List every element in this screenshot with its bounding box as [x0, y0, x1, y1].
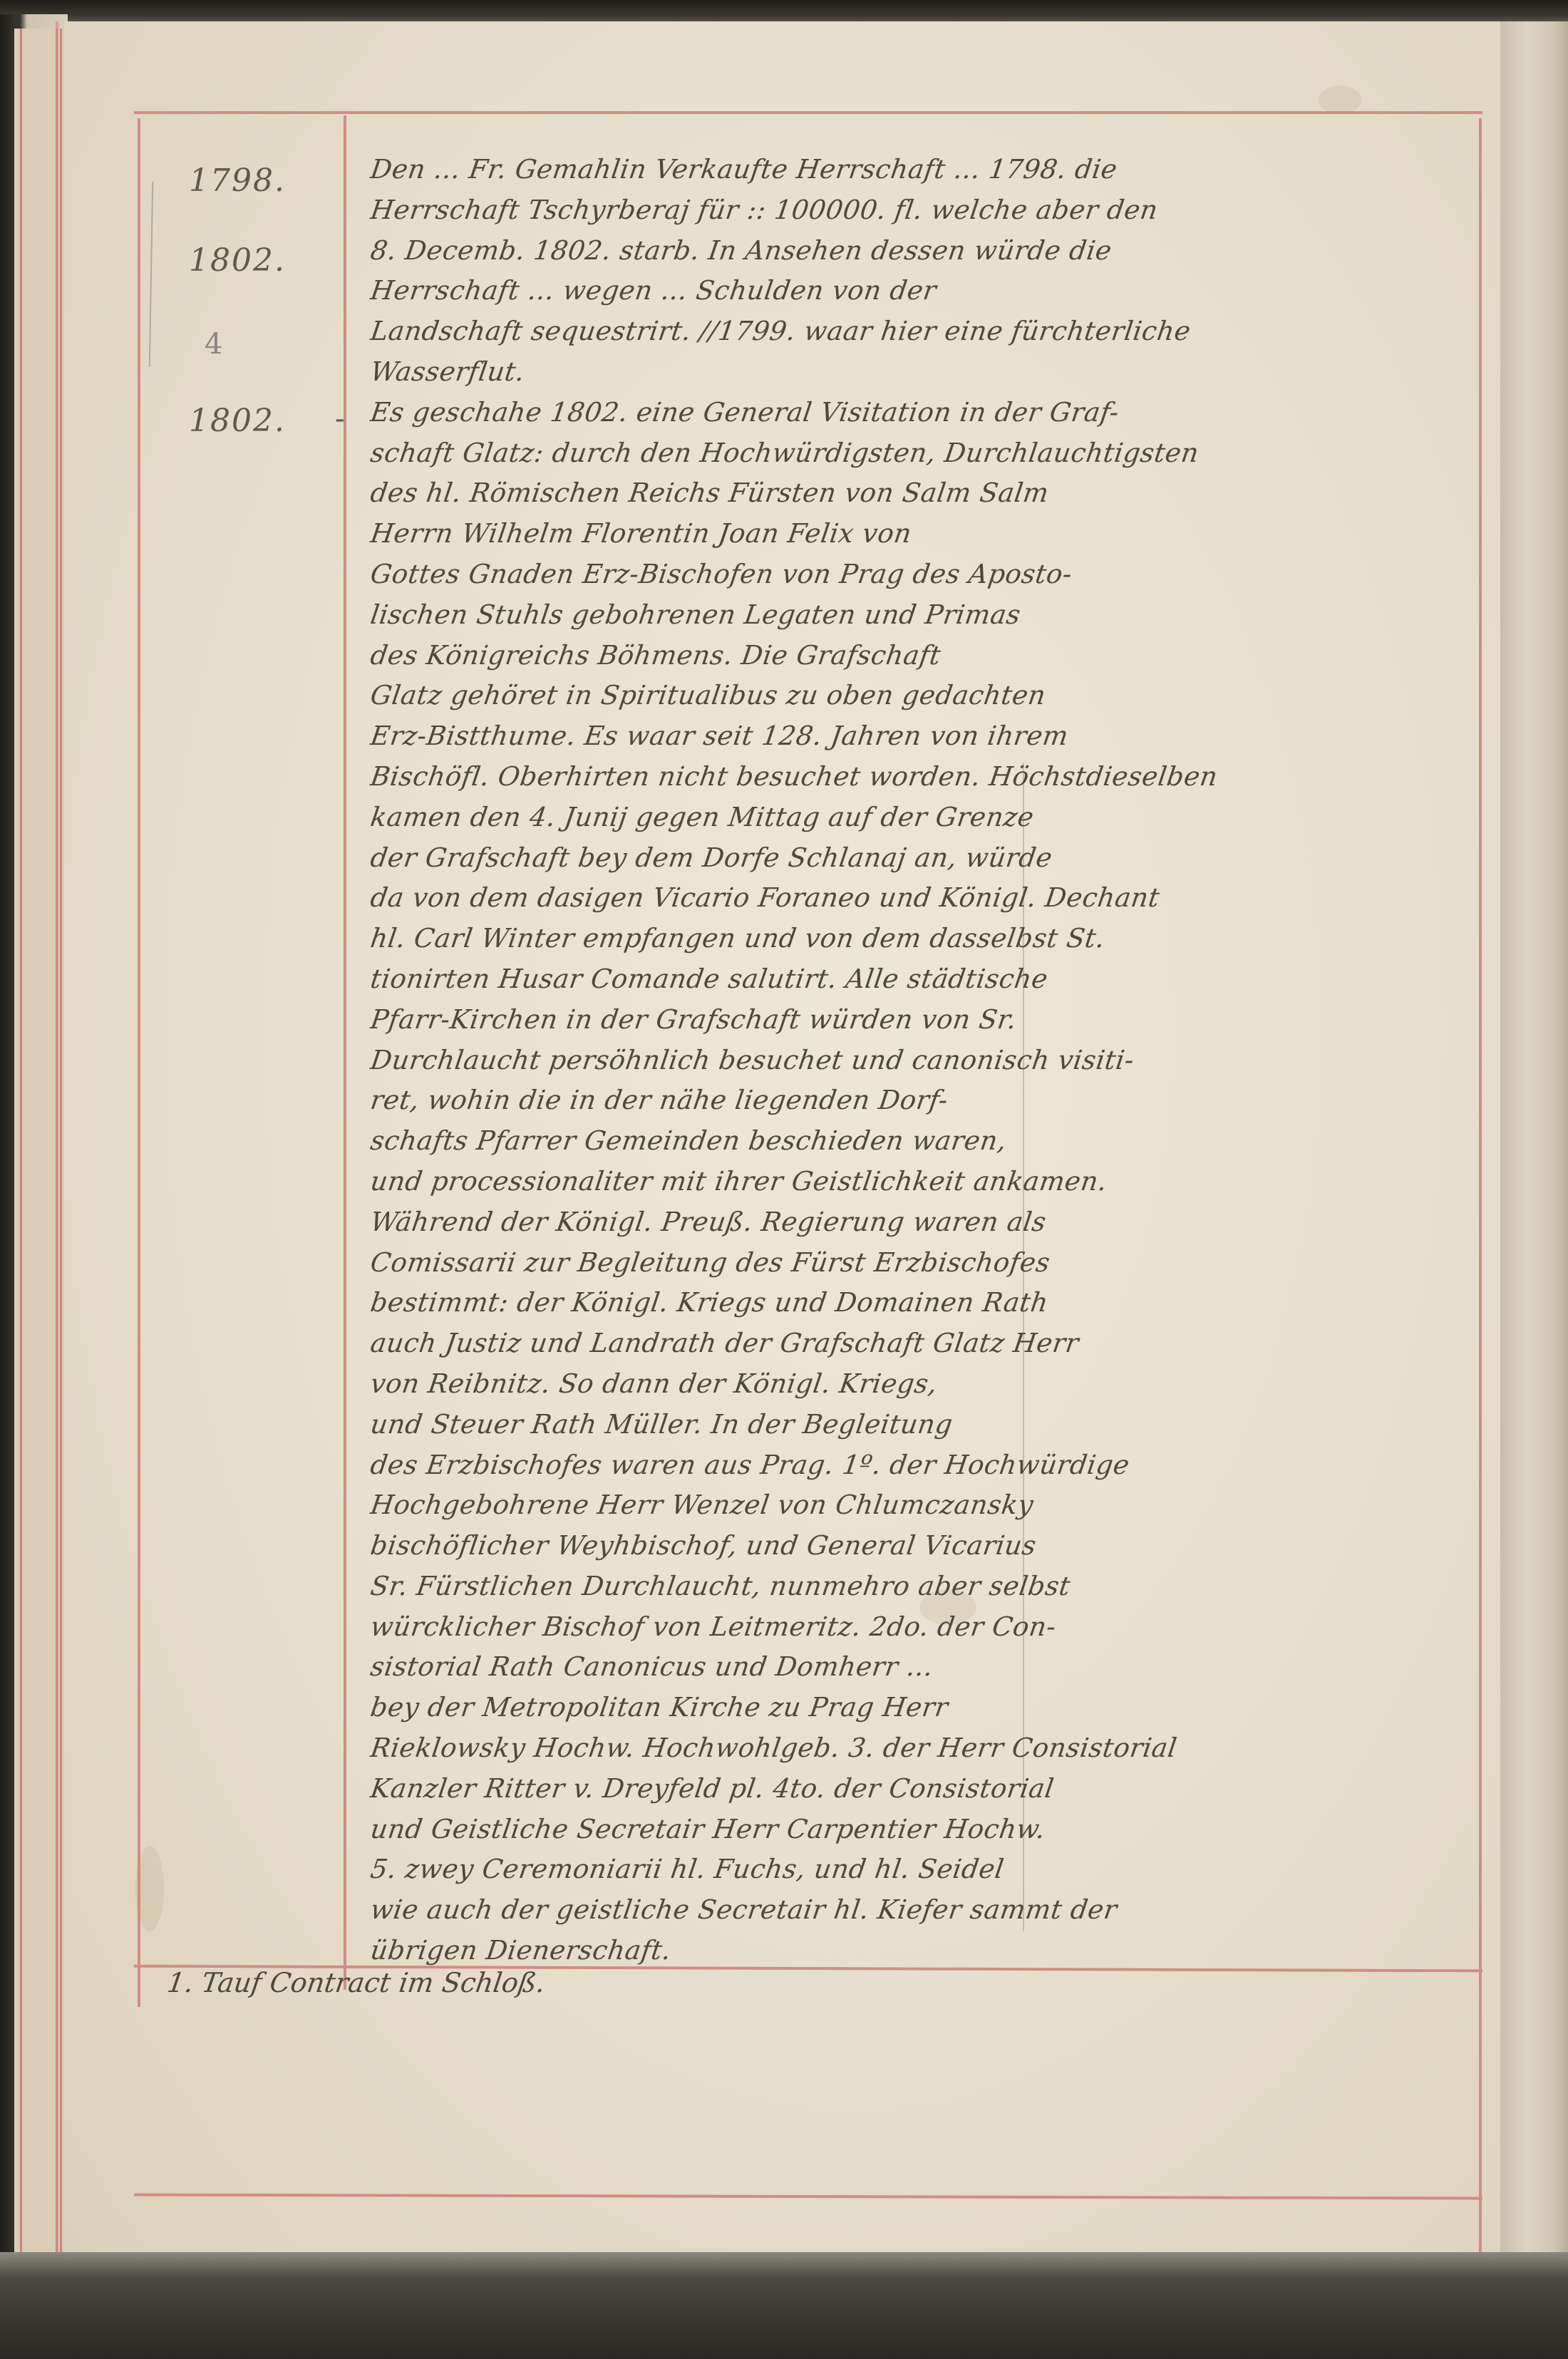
text-line: der Grafschaft bey dem Dorfe Schlanaj an…	[368, 838, 1475, 879]
frame-top-rule	[134, 111, 1482, 114]
text-line: Comissarii zur Begleitung des Fürst Erzb…	[368, 1243, 1475, 1284]
stack-rule	[60, 29, 62, 2266]
paper-stain	[1319, 86, 1361, 114]
text-line: Herrschaft ... wegen ... Schulden von de…	[368, 271, 1475, 311]
text-line: Landschaft sequestrirt. //1799. waar hie…	[368, 311, 1475, 352]
text-line: Bischöfl. Oberhirten nicht besuchet word…	[368, 757, 1475, 797]
text-line: schafts Pfarrer Gemeinden beschieden war…	[368, 1121, 1475, 1162]
pencil-mark: 4	[205, 328, 224, 361]
bottom-section-note: 1. Tauf Contract im Schloß.	[165, 1967, 547, 1998]
text-line: übrigen Dienerschaft.	[368, 1931, 1475, 1971]
text-line: und Geistliche Secretair Herr Carpentier…	[368, 1810, 1475, 1850]
text-line: Während der Königl. Preuß. Regierung war…	[368, 1202, 1475, 1243]
margin-date: 1802.	[189, 242, 286, 279]
text-line: lischen Stuhls gebohrenen Legaten und Pr…	[368, 595, 1475, 636]
text-line: Pfarr-Kirchen in der Grafschaft würden v…	[368, 1000, 1475, 1041]
text-line: Herrn Wilhelm Florentin Joan Felix von	[368, 514, 1475, 554]
margin-dash: -	[335, 403, 345, 435]
text-line: Durchlaucht persöhnlich besuchet und can…	[368, 1041, 1475, 1081]
page-edge-right	[1500, 21, 1568, 2266]
text-line: bey der Metropolitan Kirche zu Prag Herr	[368, 1688, 1475, 1728]
text-line: kamen den 4. Junij gegen Mittag auf der …	[368, 797, 1475, 838]
text-line: Herrschaft Tschyrberaj für :: 100000. fl…	[368, 190, 1475, 231]
text-line: bischöflicher Weyhbischof, und General V…	[368, 1526, 1475, 1566]
text-line: Sr. Fürstlichen Durchlaucht, nunmehro ab…	[368, 1566, 1475, 1607]
text-line: Glatz gehöret in Spiritualibus zu oben g…	[368, 676, 1475, 716]
text-line: Den ... Fr. Gemahlin Verkaufte Herrschaf…	[368, 150, 1475, 190]
text-line: und processionaliter mit ihrer Geistlich…	[368, 1162, 1475, 1202]
text-line: hl. Carl Winter empfangen und von dem da…	[368, 919, 1475, 959]
text-line: wie auch der geistliche Secretair hl. Ki…	[368, 1890, 1475, 1931]
text-line: 5. zwey Ceremoniarii hl. Fuchs, und hl. …	[368, 1849, 1475, 1890]
frame-bottom-rule	[134, 2194, 1482, 2200]
margin-date: 1798.	[189, 162, 286, 199]
book-binding-bottom	[0, 2252, 1568, 2359]
text-line: auch Justiz und Landrath der Grafschaft …	[368, 1323, 1475, 1364]
text-line: Kanzler Ritter v. Dreyfeld pl. 4to. der …	[368, 1769, 1475, 1810]
date-column-divider	[344, 115, 346, 1990]
page-stack-left	[14, 29, 68, 2266]
gutter-rule	[56, 21, 58, 2266]
text-line: Wasserflut.	[368, 352, 1475, 393]
text-line: des Königreichs Böhmens. Die Grafschaft	[368, 636, 1475, 676]
frame-right-rule	[1479, 118, 1482, 2263]
pencil-bracket	[149, 182, 154, 367]
text-line: Gottes Gnaden Erz-Bischofen von Prag des…	[368, 554, 1475, 595]
text-line: Es geschahe 1802. eine General Visitatio…	[368, 393, 1475, 433]
text-line: tionirten Husar Comande salutirt. Alle s…	[368, 959, 1475, 1000]
text-line: des hl. Römischen Reichs Fürsten von Sal…	[368, 473, 1475, 514]
text-line: Rieklowsky Hochw. Hochwohlgeb. 3. der He…	[368, 1728, 1475, 1769]
text-line: da von dem dasigen Vicario Foraneo und K…	[368, 878, 1475, 919]
text-line: bestimmt: der Königl. Kriegs und Domaine…	[368, 1283, 1475, 1323]
text-line: und Steuer Rath Müller. In der Begleitun…	[368, 1405, 1475, 1445]
text-line: Erz-Bistthume. Es waar seit 128. Jahren …	[368, 716, 1475, 757]
text-line: von Reibnitz. So dann der Königl. Kriegs…	[368, 1364, 1475, 1405]
text-line: ret, wohin die in der nähe liegenden Dor…	[368, 1080, 1475, 1121]
text-line: Hochgebohrene Herr Wenzel von Chlumczans…	[368, 1485, 1475, 1526]
margin-date: 1802.	[189, 403, 286, 439]
text-line: des Erzbischofes waren aus Prag. 1º. der…	[368, 1445, 1475, 1486]
entry-body: Den ... Fr. Gemahlin Verkaufte Herrschaf…	[371, 150, 1472, 1971]
text-line: 8. Decemb. 1802. starb. In Ansehen desse…	[368, 231, 1475, 272]
frame-left-rule	[138, 118, 140, 2007]
text-line: würcklicher Bischof von Leitmeritz. 2do.…	[368, 1607, 1475, 1648]
stack-rule	[20, 29, 22, 2266]
text-line: sistorial Rath Canonicus und Domherr ...	[368, 1647, 1475, 1688]
text-line: schaft Glatz: durch den Hochwürdigsten, …	[368, 433, 1475, 474]
